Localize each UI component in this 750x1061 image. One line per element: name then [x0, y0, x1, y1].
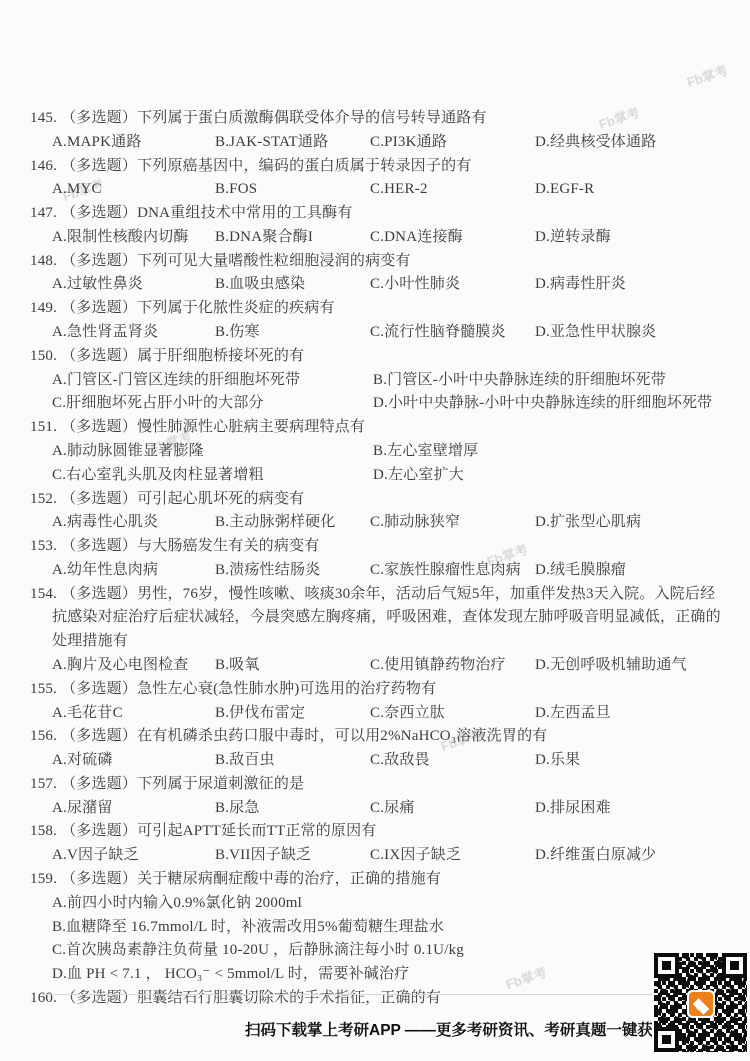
option-d: D.纤维蛋白原减少 [535, 844, 724, 868]
option-b: B.血糖降至 16.7mmol/L 时，补液需改用5%葡萄糖生理盐水 [52, 916, 724, 940]
option-d: D.亚急性甲状腺炎 [535, 321, 724, 345]
question-number: 160. [30, 990, 57, 1006]
question-number: 152. [30, 491, 57, 507]
option-d: D.排尿困难 [535, 797, 724, 821]
question-148: 148.（多选题）下列可见大量嗜酸性粒细胞浸润的病变有 A.过敏性鼻炎 B.血吸… [30, 250, 724, 298]
question-number: 150. [30, 348, 57, 364]
option-d: D.小叶中央静脉-小叶中央静脉连续的肝细胞坏死带 [373, 392, 724, 416]
question-type-tag: （多选题） [61, 538, 137, 554]
qr-finder-icon [654, 953, 679, 978]
option-a: A.对硫磷 [52, 749, 215, 773]
option-b: B.门管区-小叶中央静脉连续的肝细胞坏死带 [373, 369, 724, 393]
question-stem-line: 153.（多选题）与大肠癌发生有关的病变有 [30, 535, 724, 559]
option-a: A.过敏性鼻炎 [52, 273, 215, 297]
option-a: A.胸片及心电图检查 [52, 654, 215, 678]
question-stem: 在有机磷杀虫药口服中毒时，可以用2%NaHCO₃溶液洗胃的有 [137, 728, 547, 744]
question-number: 156. [30, 728, 57, 744]
question-155: 155.（多选题）急性左心衰(急性肺水肿)可选用的治疗药物有 A.毛花苷C B.… [30, 678, 724, 726]
question-157: 157.（多选题）下列属于尿道刺激征的是 A.尿潴留 B.尿急 C.尿痛 D.排… [30, 773, 724, 821]
option-b: B.溃疡性结肠炎 [215, 559, 370, 583]
option-d: D.经典核受体通路 [535, 131, 724, 155]
options-row: C.右心室乳头肌及肉柱显著增粗 D.左心室扩大 [52, 464, 724, 488]
option-c: C.右心室乳头肌及肉柱显著增粗 [52, 464, 373, 488]
question-151: 151.（多选题）慢性肺源性心脏病主要病理特点有 A.肺动脉圆锥显著膨隆 B.左… [30, 416, 724, 487]
question-stem: 慢性肺源性心脏病主要病理特点有 [137, 419, 365, 435]
question-stem-line: 156.（多选题）在有机磷杀虫药口服中毒时，可以用2%NaHCO₃溶液洗胃的有 [30, 725, 724, 749]
question-147: 147.（多选题）DNA重组技术中常用的工具酶有 A.限制性核酸内切酶 B.DN… [30, 202, 724, 250]
option-c: C.家族性腺瘤性息肉病 [370, 559, 535, 583]
question-type-tag: （多选题） [61, 348, 137, 364]
question-number: 148. [30, 253, 57, 269]
question-stem-line: 157.（多选题）下列属于尿道刺激征的是 [30, 773, 724, 797]
option-d: D.血 PH < 7.1 ， HCO₃⁻ < 5mmol/L 时，需要补碱治疗 [52, 963, 724, 987]
option-c: C.肺动脉狭窄 [370, 511, 535, 535]
option-c: C.敌敌畏 [370, 749, 535, 773]
watermark: Fb掌考 [684, 60, 730, 91]
question-type-tag: （多选题） [61, 990, 137, 1006]
footer-promo-text: 扫码下载掌上考研APP ——更多考研资讯、考研真题一键获取 [245, 1018, 668, 1040]
question-type-tag: （多选题） [61, 871, 137, 887]
question-stem: 胆囊结石行胆囊切除术的手术指征，正确的有 [137, 990, 441, 1006]
question-stem: 下列可见大量嗜酸性粒细胞浸润的病变有 [137, 253, 411, 269]
option-a: A.限制性核酸内切酶 [52, 226, 215, 250]
question-number: 154. [30, 586, 57, 602]
options-row: A.V因子缺乏 B.VII因子缺乏 C.IX因子缺乏 D.纤维蛋白原减少 [52, 844, 724, 868]
options-row: C.肝细胞坏死占肝小叶的大部分 D.小叶中央静脉-小叶中央静脉连续的肝细胞坏死带 [52, 392, 724, 416]
question-number: 151. [30, 419, 57, 435]
option-b: B.VII因子缺乏 [215, 844, 370, 868]
option-b: B.伊伐布雷定 [215, 702, 370, 726]
option-a: A.前四小时内输入0.9%氯化钠 2000ml [52, 892, 724, 916]
option-b: B.尿急 [215, 797, 370, 821]
option-a: A.MYC [52, 178, 215, 202]
question-number: 155. [30, 681, 57, 697]
question-type-tag: （多选题） [61, 776, 137, 792]
option-a: A.MAPK通路 [52, 131, 215, 155]
option-d: D.病毒性肝炎 [535, 273, 724, 297]
question-stem-line: 155.（多选题）急性左心衰(急性肺水肿)可选用的治疗药物有 [30, 678, 724, 702]
question-stem-line: 154.（多选题）男性，76岁，慢性咳嗽、咳痰30余年，活动后气短5年，加重伴发… [30, 583, 724, 654]
option-d: D.左西孟旦 [535, 702, 724, 726]
option-b: B.FOS [215, 178, 370, 202]
option-c: C.小叶性肺炎 [370, 273, 535, 297]
question-stem: 关于糖尿病酮症酸中毒的治疗，正确的措施有 [137, 871, 441, 887]
question-type-tag: （多选题） [61, 253, 137, 269]
option-d: D.逆转录酶 [535, 226, 724, 250]
option-c: C.HER-2 [370, 178, 535, 202]
options-row: A.MYC B.FOS C.HER-2 D.EGF-R [52, 178, 724, 202]
question-stem: DNA重组技术中常用的工具酶有 [137, 205, 353, 221]
option-a: A.门管区-门管区连续的肝细胞坏死带 [52, 369, 373, 393]
question-type-tag: （多选题） [61, 823, 137, 839]
options-row: A.门管区-门管区连续的肝细胞坏死带 B.门管区-小叶中央静脉连续的肝细胞坏死带 [52, 369, 724, 393]
question-stem: 下列属于蛋白质激酶偶联受体介导的信号转导通路有 [137, 110, 487, 126]
question-number: 149. [30, 300, 57, 316]
question-stem-line: 150.（多选题）属于肝细胞桥接坏死的有 [30, 345, 724, 369]
question-stem: 急性左心衰(急性肺水肿)可选用的治疗药物有 [137, 681, 436, 697]
options-row: A.病毒性心肌炎 B.主动脉粥样硬化 C.肺动脉狭窄 D.扩张型心肌病 [52, 511, 724, 535]
options-row: A.急性肾盂肾炎 B.伤寒 C.流行性脑脊髓膜炎 D.亚急性甲状腺炎 [52, 321, 724, 345]
question-152: 152.（多选题）可引起心肌坏死的病变有 A.病毒性心肌炎 B.主动脉粥样硬化 … [30, 488, 724, 536]
options-row: A.尿潴留 B.尿急 C.尿痛 D.排尿困难 [52, 797, 724, 821]
option-c: C.首次胰岛素静注负荷量 10-20U ，后静脉滴注每小时 0.1U/kg [52, 939, 724, 963]
options-row: A.肺动脉圆锥显著膨隆 B.左心室壁增厚 [52, 440, 724, 464]
option-a: A.急性肾盂肾炎 [52, 321, 215, 345]
question-number: 153. [30, 538, 57, 554]
question-stem: 可引起APTT延长而TT正常的原因有 [137, 823, 376, 839]
options-row: A.胸片及心电图检查 B.吸氧 C.使用镇静药物治疗 D.无创呼吸机辅助通气 [52, 654, 724, 678]
graduation-cap-icon [689, 992, 713, 1016]
question-stem-line: 152.（多选题）可引起心肌坏死的病变有 [30, 488, 724, 512]
question-stem: 可引起心肌坏死的病变有 [137, 491, 304, 507]
qr-center-badge [687, 990, 715, 1018]
options-row: A.过敏性鼻炎 B.血吸虫感染 C.小叶性肺炎 D.病毒性肝炎 [52, 273, 724, 297]
option-c: C.IX因子缺乏 [370, 844, 535, 868]
options-row: A.MAPK通路 B.JAK-STAT通路 C.PI3K通路 D.经典核受体通路 [52, 131, 724, 155]
question-149: 149.（多选题）下列属于化脓性炎症的疾病有 A.急性肾盂肾炎 B.伤寒 C.流… [30, 297, 724, 345]
question-stem: 下列属于尿道刺激征的是 [137, 776, 304, 792]
question-type-tag: （多选题） [61, 586, 137, 602]
question-type-tag: （多选题） [61, 110, 137, 126]
option-d: D.无创呼吸机辅助通气 [535, 654, 724, 678]
question-number: 159. [30, 871, 57, 887]
option-b: B.血吸虫感染 [215, 273, 370, 297]
option-c: C.PI3K通路 [370, 131, 535, 155]
question-stem: 男性，76岁，慢性咳嗽、咳痰30余年，活动后气短5年，加重伴发热3天入院。入院后… [52, 586, 721, 650]
question-type-tag: （多选题） [61, 491, 137, 507]
question-number: 157. [30, 776, 57, 792]
question-150: 150.（多选题）属于肝细胞桥接坏死的有 A.门管区-门管区连续的肝细胞坏死带 … [30, 345, 724, 416]
option-b: B.JAK-STAT通路 [215, 131, 370, 155]
question-number: 147. [30, 205, 57, 221]
question-145: 145.（多选题）下列属于蛋白质激酶偶联受体介导的信号转导通路有 A.MAPK通… [30, 107, 724, 155]
option-b: B.DNA聚合酶I [215, 226, 370, 250]
option-d: D.扩张型心肌病 [535, 511, 724, 535]
question-stem-line: 151.（多选题）慢性肺源性心脏病主要病理特点有 [30, 416, 724, 440]
option-a: A.V因子缺乏 [52, 844, 215, 868]
question-stem-line: 158.（多选题）可引起APTT延长而TT正常的原因有 [30, 820, 724, 844]
question-type-tag: （多选题） [61, 158, 137, 174]
options-row: A.对硫磷 B.敌百虫 C.敌敌畏 D.乐果 [52, 749, 724, 773]
question-156: 156.（多选题）在有机磷杀虫药口服中毒时，可以用2%NaHCO₃溶液洗胃的有 … [30, 725, 724, 773]
question-stem: 下列原癌基因中，编码的蛋白质属于转录因子的有 [137, 158, 471, 174]
option-d: D.绒毛膜腺瘤 [535, 559, 724, 583]
option-a: A.幼年性息肉病 [52, 559, 215, 583]
question-stem: 与大肠癌发生有关的病变有 [137, 538, 319, 554]
qr-finder-icon [654, 1027, 679, 1052]
question-stem-line: 149.（多选题）下列属于化脓性炎症的疾病有 [30, 297, 724, 321]
question-stem: 属于肝细胞桥接坏死的有 [137, 348, 304, 364]
question-146: 146.（多选题）下列原癌基因中，编码的蛋白质属于转录因子的有 A.MYC B.… [30, 155, 724, 203]
options-row: A.限制性核酸内切酶 B.DNA聚合酶I C.DNA连接酶 D.逆转录酶 [52, 226, 724, 250]
option-b: B.敌百虫 [215, 749, 370, 773]
footer-divider [42, 994, 655, 995]
option-b: B.左心室壁增厚 [373, 440, 724, 464]
question-list: 145.（多选题）下列属于蛋白质激酶偶联受体介导的信号转导通路有 A.MAPK通… [30, 107, 724, 1011]
question-number: 145. [30, 110, 57, 126]
option-c: C.奈西立肽 [370, 702, 535, 726]
question-stem-line: 148.（多选题）下列可见大量嗜酸性粒细胞浸润的病变有 [30, 250, 724, 274]
qr-code [652, 951, 749, 1054]
options-row: A.幼年性息肉病 B.溃疡性结肠炎 C.家族性腺瘤性息肉病 D.绒毛膜腺瘤 [52, 559, 724, 583]
qr-finder-icon [722, 953, 747, 978]
option-d: D.乐果 [535, 749, 724, 773]
question-stem: 下列属于化脓性炎症的疾病有 [137, 300, 335, 316]
question-stem-line: 160.（多选题）胆囊结石行胆囊切除术的手术指征，正确的有 [30, 987, 724, 1011]
question-153: 153.（多选题）与大肠癌发生有关的病变有 A.幼年性息肉病 B.溃疡性结肠炎 … [30, 535, 724, 583]
option-c: C.尿痛 [370, 797, 535, 821]
option-c: C.使用镇静药物治疗 [370, 654, 535, 678]
question-154: 154.（多选题）男性，76岁，慢性咳嗽、咳痰30余年，活动后气短5年，加重伴发… [30, 583, 724, 678]
option-c: C.流行性脑脊髓膜炎 [370, 321, 535, 345]
options-row: A.毛花苷C B.伊伐布雷定 C.奈西立肽 D.左西孟旦 [52, 702, 724, 726]
question-type-tag: （多选题） [61, 681, 137, 697]
option-b: B.吸氧 [215, 654, 370, 678]
option-a: A.病毒性心肌炎 [52, 511, 215, 535]
question-type-tag: （多选题） [61, 728, 137, 744]
option-b: B.伤寒 [215, 321, 370, 345]
option-a: A.尿潴留 [52, 797, 215, 821]
question-160: 160.（多选题）胆囊结石行胆囊切除术的手术指征，正确的有 [30, 987, 724, 1011]
question-type-tag: （多选题） [61, 419, 137, 435]
question-158: 158.（多选题）可引起APTT延长而TT正常的原因有 A.V因子缺乏 B.VI… [30, 820, 724, 868]
option-d: D.左心室扩大 [373, 464, 724, 488]
option-a: A.肺动脉圆锥显著膨隆 [52, 440, 373, 464]
option-d: D.EGF-R [535, 178, 724, 202]
option-c: C.肝细胞坏死占肝小叶的大部分 [52, 392, 373, 416]
question-type-tag: （多选题） [61, 205, 137, 221]
question-number: 146. [30, 158, 57, 174]
question-number: 158. [30, 823, 57, 839]
options-column: A.前四小时内输入0.9%氯化钠 2000ml B.血糖降至 16.7mmol/… [52, 892, 724, 987]
question-stem-line: 145.（多选题）下列属于蛋白质激酶偶联受体介导的信号转导通路有 [30, 107, 724, 131]
option-c: C.DNA连接酶 [370, 226, 535, 250]
question-159: 159.（多选题）关于糖尿病酮症酸中毒的治疗，正确的措施有 A.前四小时内输入0… [30, 868, 724, 987]
question-stem-line: 159.（多选题）关于糖尿病酮症酸中毒的治疗，正确的措施有 [30, 868, 724, 892]
question-stem-line: 146.（多选题）下列原癌基因中，编码的蛋白质属于转录因子的有 [30, 155, 724, 179]
question-type-tag: （多选题） [61, 300, 137, 316]
question-stem-line: 147.（多选题）DNA重组技术中常用的工具酶有 [30, 202, 724, 226]
option-b: B.主动脉粥样硬化 [215, 511, 370, 535]
option-a: A.毛花苷C [52, 702, 215, 726]
